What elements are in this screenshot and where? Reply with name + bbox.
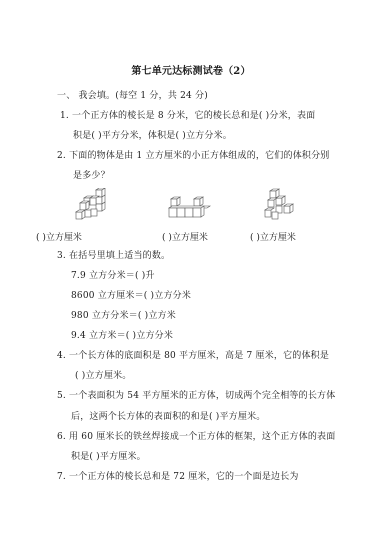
- question-3-item-4: 9.4 立方米＝( )立方分米: [71, 330, 173, 342]
- question-4-line-2: ( )立方厘米。: [75, 370, 131, 382]
- question-2-line-1: 2. 下面的物体是由 1 立方厘米的小正方体组成的，它们的体积分别: [57, 150, 330, 162]
- exam-page: 第七单元达标测试卷（2） 一、 我会填。(每空 1 分，共 24 分) 1. 一…: [0, 0, 382, 540]
- question-6-line-1: 6. 用 60 厘米长的铁丝焊接成一个正方体的框架，这个正方体的表面: [57, 431, 335, 443]
- cube-figure-2: [168, 196, 214, 222]
- cube-figure-1: [74, 188, 110, 222]
- question-3-item-3: 980 立方分米＝( )立方米: [71, 310, 176, 322]
- figure-1-answer: ( )立方厘米: [36, 232, 82, 244]
- question-5-line-1: 5. 一个表面积为 54 平方厘米的正方体，切成两个完全相等的长方体: [57, 390, 335, 402]
- question-3-item-1: 7.9 立方分米＝( )升: [71, 270, 155, 282]
- page-title: 第七单元达标测试卷（2）: [0, 66, 382, 78]
- question-5-line-2: 后，这两个长方体的表面积的和是( )平方厘米。: [71, 411, 266, 423]
- question-1-line-2: 积是( )平方分米，体积是( )立方分米。: [73, 130, 232, 142]
- question-1-line-1: 1. 一个正方体的棱长是 8 分米，它的棱长总和是( )分米，表面: [60, 110, 315, 122]
- section-heading: 一、 我会填。(每空 1 分，共 24 分): [57, 90, 208, 102]
- figure-3-answer: ( )立方厘米: [250, 232, 296, 244]
- question-7-line-1: 7. 一个正方体的棱长总和是 72 厘米，它的一个面是边长为: [57, 471, 299, 483]
- question-6-line-2: 积是( )平方厘米。: [71, 451, 146, 463]
- question-3-line-1: 3. 在括号里填上适当的数。: [57, 250, 170, 262]
- figure-2-answer: ( )立方厘米: [162, 232, 208, 244]
- question-2-line-2: 是多少？: [73, 170, 110, 182]
- cube-figure-3: [262, 188, 298, 222]
- question-3-item-2: 8600 立方厘米＝( )立方分米: [71, 290, 191, 302]
- question-4-line-1: 4. 一个长方体的底面积是 80 平方厘米，高是 7 厘米，它的体积是: [57, 350, 329, 362]
